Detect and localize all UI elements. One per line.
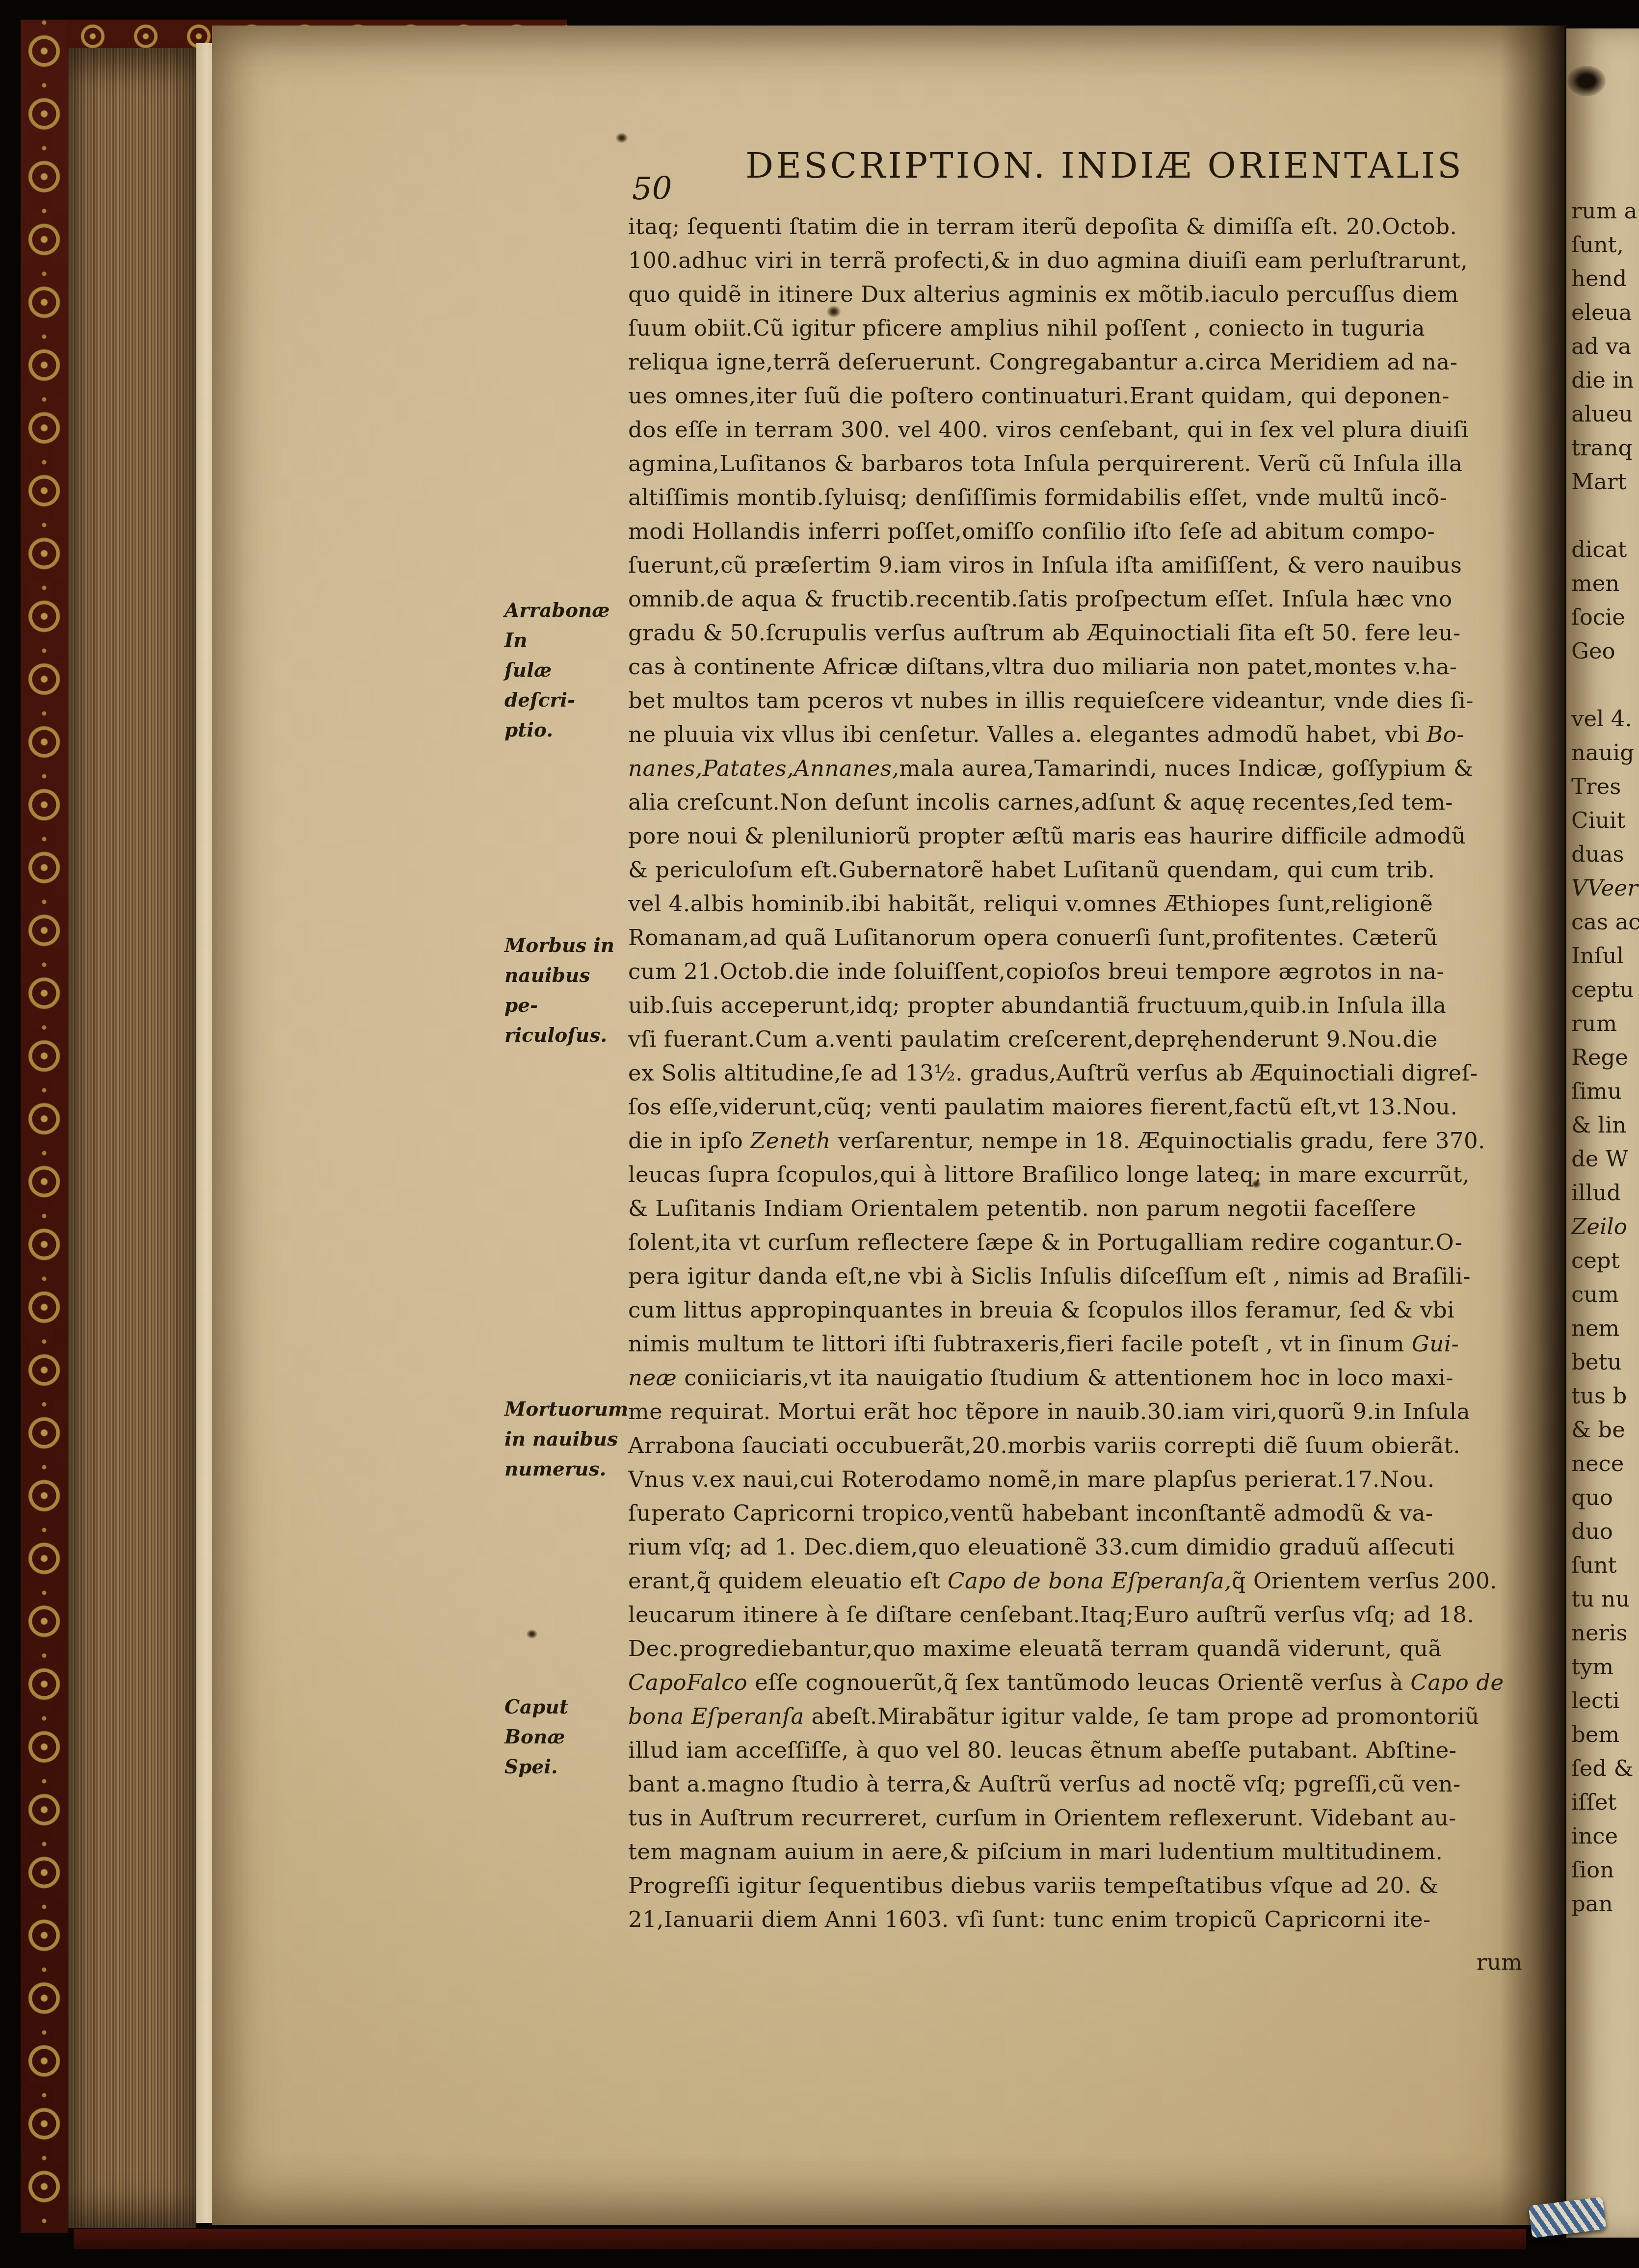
body-line: Romanam,ad quã Luſitanorum opera conuerſ… — [628, 921, 1522, 954]
next-page-line: dicat — [1571, 532, 1639, 566]
next-page-line: men — [1571, 566, 1639, 600]
margin-note: Caput BonæSpei. — [504, 1692, 628, 1782]
next-page-line: Zeilo — [1571, 1210, 1639, 1243]
ink-stain — [1567, 66, 1606, 96]
body-line: nanes,Patates,Annanes,mala aurea,Tamarin… — [628, 751, 1522, 785]
next-page-line: Tres — [1571, 769, 1639, 803]
binding-bottom-edge — [74, 2229, 1526, 2249]
next-page-line: de W — [1571, 1142, 1639, 1176]
next-page-line: pan — [1571, 1887, 1639, 1921]
next-page-line: nece — [1571, 1447, 1639, 1480]
catchword: rum — [628, 1949, 1522, 1975]
body-line: ſuum obiit.Cũ igitur pficere amplius nih… — [628, 311, 1522, 345]
next-page-line: iſſet — [1571, 1785, 1639, 1819]
body-line: bant a.magno ſtudio à terra,& Auſtrũ ver… — [628, 1767, 1522, 1801]
body-line: pore noui & pleniluniorũ propter æſtũ ma… — [628, 819, 1522, 853]
body-line: cum 21.Octob.die inde ſoluiſſent,copioſo… — [628, 954, 1522, 988]
next-page-line: cept — [1571, 1243, 1639, 1277]
next-page-line: tranq — [1571, 431, 1639, 465]
next-page-line: nem — [1571, 1311, 1639, 1345]
body-line: CapoFalco eſſe cognouerũt,q̃ ſex tantũmo… — [628, 1665, 1522, 1699]
body-line: leucarum itinere à ſe diſtare cenſebant.… — [628, 1598, 1522, 1632]
next-page-line: eleua — [1571, 295, 1639, 329]
left-page: 50 DESCRIPTION. INDIÆ ORIENTALIS Arrabon… — [212, 26, 1564, 2225]
body-line: & periculoſum eſt.Gubernatorẽ habet Luſi… — [628, 853, 1522, 887]
next-page-line: ad va — [1571, 329, 1639, 363]
body-line: 100.adhuc viri in terrã profecti,& in du… — [628, 243, 1522, 277]
book-cover-leather-spine — [21, 20, 68, 2233]
body-line: dos eſſe in terram 300. vel 400. viros c… — [628, 413, 1522, 447]
next-page-line: betu — [1571, 1345, 1639, 1379]
body-line: Progreſſi igitur ſequentibus diebus vari… — [628, 1869, 1522, 1902]
next-page-line: lecti — [1571, 1684, 1639, 1717]
next-page-line: ince — [1571, 1819, 1639, 1853]
body-line: leucas ſupra ſcopulos,qui à littore Braſ… — [628, 1158, 1522, 1191]
next-page-line: nauig — [1571, 736, 1639, 769]
body-line: tus in Auſtrum recurreret, curſum in Ori… — [628, 1801, 1522, 1835]
page-block-edges — [68, 48, 196, 2228]
paper-speck — [526, 1629, 538, 1639]
next-page-line: Inſul — [1571, 939, 1639, 973]
next-page-text: rum aſunt,hendeleuaad vadie inalueutranq… — [1571, 194, 1639, 1921]
gutter-shadow — [1501, 26, 1567, 2225]
body-line: ues omnes,iter ſuũ die poſtero continuat… — [628, 379, 1522, 413]
body-text: itaq; ſequenti ſtatim die in terram iter… — [628, 210, 1522, 1936]
paper-speck — [1251, 1180, 1261, 1188]
body-line: ne pluuia vix vllus ibi cenſetur. Valles… — [628, 717, 1522, 751]
body-line: bona Eſperanſa abeſt.Mirabãtur igitur va… — [628, 1699, 1522, 1733]
margin-note: Mortuorumin nauibusnumerus. — [504, 1395, 628, 1484]
next-page-line: duo — [1571, 1514, 1639, 1548]
book-photograph: 50 DESCRIPTION. INDIÆ ORIENTALIS Arrabon… — [0, 0, 1639, 2268]
next-page-line: rum a — [1571, 194, 1639, 228]
body-line: Vnus v.ex naui,cui Roterodamo nomẽ,in ma… — [628, 1462, 1522, 1496]
body-line: die in ipſo Zeneth verſarentur, nempe in… — [628, 1124, 1522, 1158]
body-line: ſuperato Capricorni tropico,ventũ habeba… — [628, 1496, 1522, 1530]
next-page-line: ſunt — [1571, 1548, 1639, 1582]
margin-note: Morbus innauibus pe-riculoſus. — [504, 931, 628, 1051]
body-line: bet multos tam pceros vt nubes in illis … — [628, 684, 1522, 717]
body-line: 21,Ianuarii diem Anni 1603. vſi ſunt: tu… — [628, 1902, 1522, 1936]
next-page-line: alueu — [1571, 397, 1639, 431]
body-line: ſuerunt,cũ præſertim 9.iam viros in Inſu… — [628, 548, 1522, 582]
body-line: vſi fuerant.Cum a.venti paulatim creſcer… — [628, 1022, 1522, 1056]
next-page-line: tus b — [1571, 1379, 1639, 1413]
body-line: me requirat. Mortui erãt hoc tẽpore in n… — [628, 1395, 1522, 1428]
next-page-line: tu nu — [1571, 1582, 1639, 1616]
body-line: altiſſimis montib.ſyluisq; denſiſſimis f… — [628, 480, 1522, 514]
body-line: ſolent,ita vt curſum reflectere ſæpe & i… — [628, 1225, 1522, 1259]
body-line: pera igitur danda eſt,ne vbi à Siclis In… — [628, 1259, 1522, 1293]
body-line: vel 4.albis hominib.ibi habitãt, reliqui… — [628, 887, 1522, 921]
body-line: rium vſq; ad 1. Dec.diem,quo eleuationẽ … — [628, 1530, 1522, 1564]
body-line: itaq; ſequenti ſtatim die in terram iter… — [628, 210, 1522, 243]
paper-speck — [826, 305, 841, 318]
next-page-line: ſion — [1571, 1853, 1639, 1887]
next-page-line: & lin — [1571, 1108, 1639, 1142]
next-page-line: illud — [1571, 1176, 1639, 1210]
next-page-line: vel 4. — [1571, 702, 1639, 736]
body-line: Dec.progrediebantur,quo maxime eleuatã t… — [628, 1632, 1522, 1665]
body-line: & Luſitanis Indiam Orientalem petentib. … — [628, 1191, 1522, 1225]
next-page-line: & be — [1571, 1413, 1639, 1447]
next-page-line: tym — [1571, 1650, 1639, 1684]
next-page-line: hend — [1571, 262, 1639, 295]
body-line: erant,q̃ quidem eleuatio eſt Capo de bon… — [628, 1564, 1522, 1598]
next-page-line: rum — [1571, 1006, 1639, 1040]
next-page-line: VVeer — [1571, 871, 1639, 905]
body-line: illud iam acceſſiſſe, à quo vel 80. leuc… — [628, 1733, 1522, 1767]
next-page-line: ſunt, — [1571, 228, 1639, 262]
next-page-line: die in — [1571, 363, 1639, 397]
body-line: agmina,Luſitanos & barbaros tota Inſula … — [628, 447, 1522, 480]
next-page-line: ſocie — [1571, 600, 1639, 634]
next-page-line: quo — [1571, 1480, 1639, 1514]
body-line: cas à continente Africæ diſtans,vltra du… — [628, 650, 1522, 684]
next-page-line: ſimu — [1571, 1074, 1639, 1108]
body-line: omnib.de aqua & fructib.recentib.ſatis p… — [628, 582, 1522, 616]
next-page-line: duas — [1571, 837, 1639, 871]
body-line: nimis multum te littori iſti ſubtraxeris… — [628, 1327, 1522, 1361]
next-page-line: ſed & — [1571, 1751, 1639, 1785]
next-page-line: neris — [1571, 1616, 1639, 1650]
body-line: alia creſcunt.Non deſunt incolis carnes,… — [628, 785, 1522, 819]
next-page-line: bem — [1571, 1717, 1639, 1751]
next-page-line: Geo — [1571, 634, 1639, 668]
next-page-line: Mart — [1571, 465, 1639, 499]
body-line: tem magnam auium in aere,& piſcium in ma… — [628, 1835, 1522, 1869]
body-line: reliqua igne,terrã deſeruerunt. Congrega… — [628, 345, 1522, 379]
page-edge-highlight — [196, 43, 213, 2223]
body-line: neæ coniiciaris,vt ita nauigatio ſtudium… — [628, 1361, 1522, 1395]
body-line: uib.ſuis acceperunt,idq; propter abundan… — [628, 988, 1522, 1022]
next-page-line: cum — [1571, 1277, 1639, 1311]
paper-speck — [615, 132, 628, 143]
body-line: ſos eſſe,viderunt,cũq; venti paulatim ma… — [628, 1090, 1522, 1124]
body-line: gradu & 50.ſcrupulis verſus auſtrum ab Æ… — [628, 616, 1522, 650]
body-line: quo quidẽ in itinere Dux alterius agmini… — [628, 277, 1522, 311]
margin-note: Arrabonæ Inſulæ deſcri-ptio. — [504, 596, 628, 745]
next-page-edge: rum aſunt,hendeleuaad vadie inalueutranq… — [1566, 28, 1639, 2238]
next-page-line: Ciuit — [1571, 803, 1639, 837]
next-page-line: Rege — [1571, 1040, 1639, 1074]
body-line: modi Hollandis inferri poſſet,omiſſo con… — [628, 514, 1522, 548]
next-page-line: ceptu — [1571, 973, 1639, 1006]
body-line: ex Solis altitudine,ſe ad 13½. gradus,Au… — [628, 1056, 1522, 1090]
body-line: cum littus appropinquantes in breuia & ſ… — [628, 1293, 1522, 1327]
next-page-line: cas ac — [1571, 905, 1639, 939]
body-line: Arrabona ſauciati occubuerãt,20.morbis v… — [628, 1428, 1522, 1462]
